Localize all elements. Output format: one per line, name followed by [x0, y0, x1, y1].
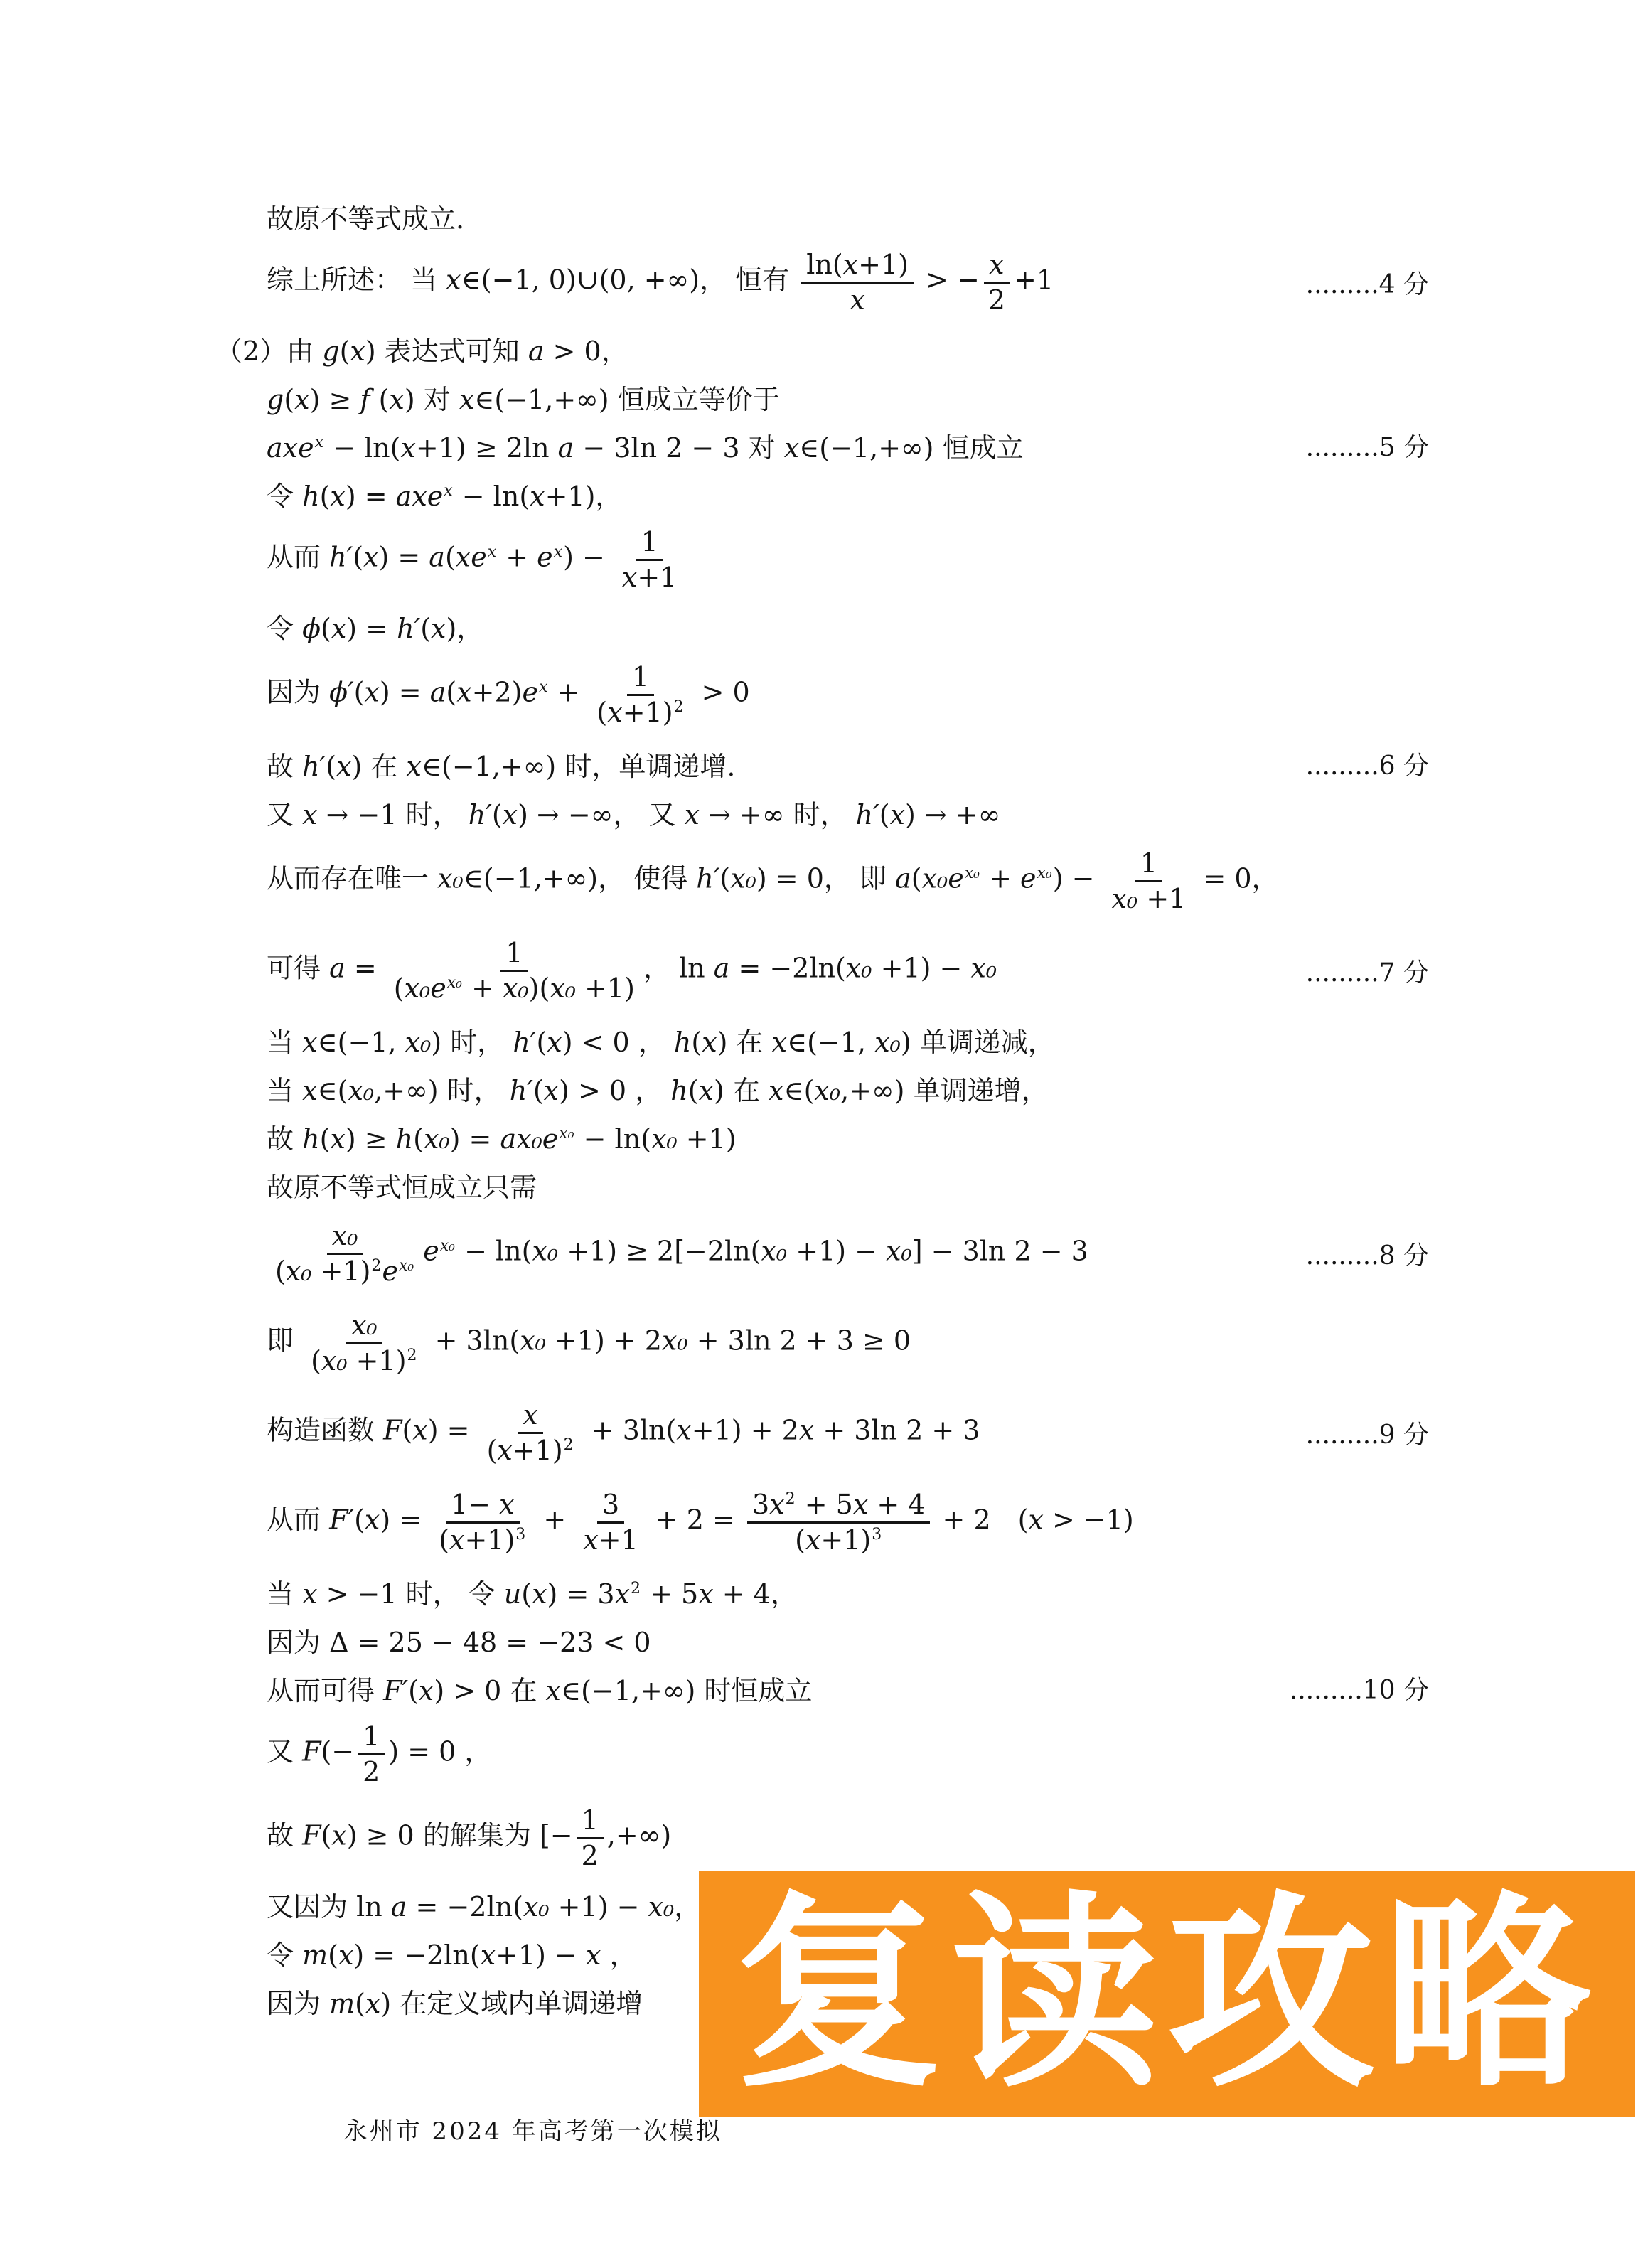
solution-line: 故 h(x) ≥ h(x₀) = ax₀ex₀ − ln(x₀ +1): [267, 1112, 1429, 1160]
solution-line: 又 F(−12) = 0 ，: [267, 1712, 1429, 1796]
solution-line: 从而可得 F′(x) > 0 在 x∈(−1,+∞) 时恒成立.........…: [267, 1664, 1429, 1712]
solution-line: 即 x₀(x₀ +1)2 + 3ln(x₀ +1) + 2x₀ + 3ln 2 …: [267, 1298, 1429, 1388]
fraction: ln(x+1)x: [801, 250, 914, 315]
solution-line: 综上所述： 当 x∈(−1, 0)∪(0, +∞)， 恒有 ln(x+1)x >…: [267, 240, 1429, 324]
solution-line: （2）由 g(x) 表达式可知 a > 0，: [215, 324, 1429, 373]
solution-line: 因为 ϕ′(x) = a(x+2)ex + 1(x+1)2 > 0: [267, 650, 1429, 739]
fraction: 1− x(x+1)3: [434, 1489, 531, 1555]
solution-line-text: 综上所述： 当 x∈(−1, 0)∪(0, +∞)， 恒有 ln(x+1)x >…: [267, 250, 1054, 315]
solution-line: 故 h′(x) 在 x∈(−1,+∞) 时，单调递增..........6 分: [267, 739, 1429, 788]
solution-line-text: 故 h′(x) 在 x∈(−1,+∞) 时，单调递增.: [267, 744, 735, 783]
solution-line: 从而 F′(x) = 1− x(x+1)3 + 3x+1 + 2 = 3x2 +…: [267, 1477, 1429, 1567]
score-marker: .........8 分: [1306, 1236, 1429, 1272]
solution-line: axex − ln(x+1) ≥ 2ln a − 3ln 2 − 3 对 x∈(…: [267, 421, 1429, 469]
solution-line: 从而存在唯一 x₀∈(−1,+∞)， 使得 h′(x₀) = 0， 即 a(x₀…: [267, 836, 1429, 926]
solution-line: 当 x∈(x₀,+∞) 时， h′(x) > 0 ， h(x) 在 x∈(x₀,…: [267, 1064, 1429, 1112]
solution-line: 可得 a = 1(x₀ex₀ + x₀)(x₀ +1)， ln a = −2ln…: [267, 926, 1429, 1015]
solution-line-text: 故原不等式成立.: [267, 197, 464, 236]
fraction: x2: [983, 250, 1010, 315]
fraction: 12: [577, 1805, 604, 1871]
solution-line-text: x₀(x₀ +1)2ex₀ex₀ − ln(x₀ +1) ≥ 2[−2ln(x₀…: [267, 1221, 1088, 1286]
solution-line: 从而 h′(x) = a(xex + ex) − 1x+1: [267, 518, 1429, 601]
solution-line-text: 令 h(x) = axex − ln(x+1)，: [267, 474, 622, 513]
solution-line: x₀(x₀ +1)2ex₀ex₀ − ln(x₀ +1) ≥ 2[−2ln(x₀…: [267, 1209, 1429, 1298]
solution-line: 故原不等式成立.: [267, 192, 1429, 240]
footer-text: 永州市 2024 年高考第一次模拟: [343, 2117, 722, 2146]
fraction: 3x2 + 5x + 4(x+1)3: [747, 1489, 930, 1555]
solution-line-text: 从而存在唯一 x₀∈(−1,+∞)， 使得 h′(x₀) = 0， 即 a(x₀…: [267, 848, 1279, 914]
solution-line: 令 h(x) = axex − ln(x+1)，: [267, 469, 1429, 518]
solution-line-text: 故 F(x) ≥ 0 的解集为 [−12,+∞): [267, 1805, 671, 1871]
solution-line-text: g(x) ≥ f (x) 对 x∈(−1,+∞) 恒成立等价于: [267, 378, 780, 417]
solution-line-text: 因为 Δ = 25 − 48 = −23 < 0: [267, 1620, 651, 1659]
solution-line-text: 当 x∈(x₀,+∞) 时， h′(x) > 0 ， h(x) 在 x∈(x₀,…: [267, 1069, 1049, 1108]
solution-line-text: 从而可得 F′(x) > 0 在 x∈(−1,+∞) 时恒成立: [267, 1669, 812, 1708]
solution-line-text: 又 x → −1 时， h′(x) → −∞， 又 x → +∞ 时， h′(x…: [267, 793, 1000, 832]
score-marker: .........6 分: [1306, 746, 1429, 782]
solution-line-text: 故 h(x) ≥ h(x₀) = ax₀ex₀ − ln(x₀ +1): [267, 1117, 737, 1156]
fraction: x₀(x₀ +1)2ex₀: [270, 1221, 419, 1286]
page-footer: 永州市 2024 年高考第一次模拟: [323, 2083, 722, 2146]
solution-line: 因为 Δ = 25 − 48 = −23 < 0: [267, 1615, 1429, 1664]
solution-line-text: 可得 a = 1(x₀ex₀ + x₀)(x₀ +1)， ln a = −2ln…: [267, 938, 997, 1003]
solution-line-text: 当 x > −1 时， 令 u(x) = 3x2 + 5x + 4，: [267, 1572, 798, 1611]
solution-line: 当 x > −1 时， 令 u(x) = 3x2 + 5x + 4，: [267, 1567, 1429, 1615]
solution-line: 故 F(x) ≥ 0 的解集为 [−12,+∞): [267, 1796, 1429, 1880]
score-marker: .........10 分: [1290, 1670, 1429, 1706]
solution-line-text: 令 ϕ(x) = h′(x)，: [267, 606, 483, 646]
solution-line-text: 构造函数 F(x) = x(x+1)2 + 3ln(x+1) + 2x + 3l…: [267, 1400, 980, 1465]
fraction: 1x+1: [617, 527, 682, 592]
fraction: 1x₀ +1: [1107, 848, 1192, 914]
fraction: x₀(x₀ +1)2: [306, 1310, 422, 1376]
fraction: 1(x+1)2: [591, 662, 689, 727]
fraction: 12: [358, 1721, 385, 1787]
fraction: 3x+1: [578, 1489, 643, 1555]
solution-line: 构造函数 F(x) = x(x+1)2 + 3ln(x+1) + 2x + 3l…: [267, 1388, 1429, 1477]
score-marker: .........4 分: [1306, 264, 1429, 301]
solution-line-text: 因为 m(x) 在定义域内单调递增: [267, 1981, 643, 2021]
score-marker: .........7 分: [1306, 953, 1429, 989]
solution-line-text: 令 m(x) = −2ln(x+1) − x ，: [267, 1933, 637, 1972]
solution-line: 令 ϕ(x) = h′(x)，: [267, 601, 1429, 650]
score-marker: .........5 分: [1306, 427, 1429, 464]
solution-line: 又 x → −1 时， h′(x) → −∞， 又 x → +∞ 时， h′(x…: [267, 788, 1429, 836]
solution-line: 当 x∈(−1, x₀) 时， h′(x) < 0 ， h(x) 在 x∈(−1…: [267, 1015, 1429, 1064]
solution-line: 故原不等式恒成立只需: [267, 1160, 1429, 1209]
fraction: 1(x₀ex₀ + x₀)(x₀ +1): [389, 938, 640, 1003]
solution-line-text: 又 F(−12) = 0 ，: [267, 1721, 491, 1787]
solution-line-text: 又因为 ln a = −2ln(x₀ +1) − x₀，: [267, 1885, 701, 1924]
watermark-banner: 复读攻略: [699, 1871, 1635, 2117]
solution-line-text: axex − ln(x+1) ≥ 2ln a − 3ln 2 − 3 对 x∈(…: [267, 426, 1024, 465]
document-body: 故原不等式成立.综上所述： 当 x∈(−1, 0)∪(0, +∞)， 恒有 ln…: [267, 192, 1429, 2025]
fraction: x(x+1)2: [482, 1400, 579, 1465]
solution-line: g(x) ≥ f (x) 对 x∈(−1,+∞) 恒成立等价于: [267, 373, 1429, 421]
solution-line-text: 故原不等式恒成立只需: [267, 1165, 537, 1204]
solution-line-text: 即 x₀(x₀ +1)2 + 3ln(x₀ +1) + 2x₀ + 3ln 2 …: [267, 1310, 911, 1376]
solution-line-text: 从而 F′(x) = 1− x(x+1)3 + 3x+1 + 2 = 3x2 +…: [267, 1489, 1134, 1555]
score-marker: .........9 分: [1306, 1415, 1429, 1451]
solution-line-text: 当 x∈(−1, x₀) 时， h′(x) < 0 ， h(x) 在 x∈(−1…: [267, 1020, 1055, 1059]
solution-line-text: 从而 h′(x) = a(xex + ex) − 1x+1: [267, 527, 685, 592]
watermark-text: 复读攻略: [735, 1890, 1600, 2098]
solution-line-text: 因为 ϕ′(x) = a(x+2)ex + 1(x+1)2 > 0: [267, 662, 750, 727]
solution-line-text: （2）由 g(x) 表达式可知 a > 0，: [215, 329, 628, 368]
